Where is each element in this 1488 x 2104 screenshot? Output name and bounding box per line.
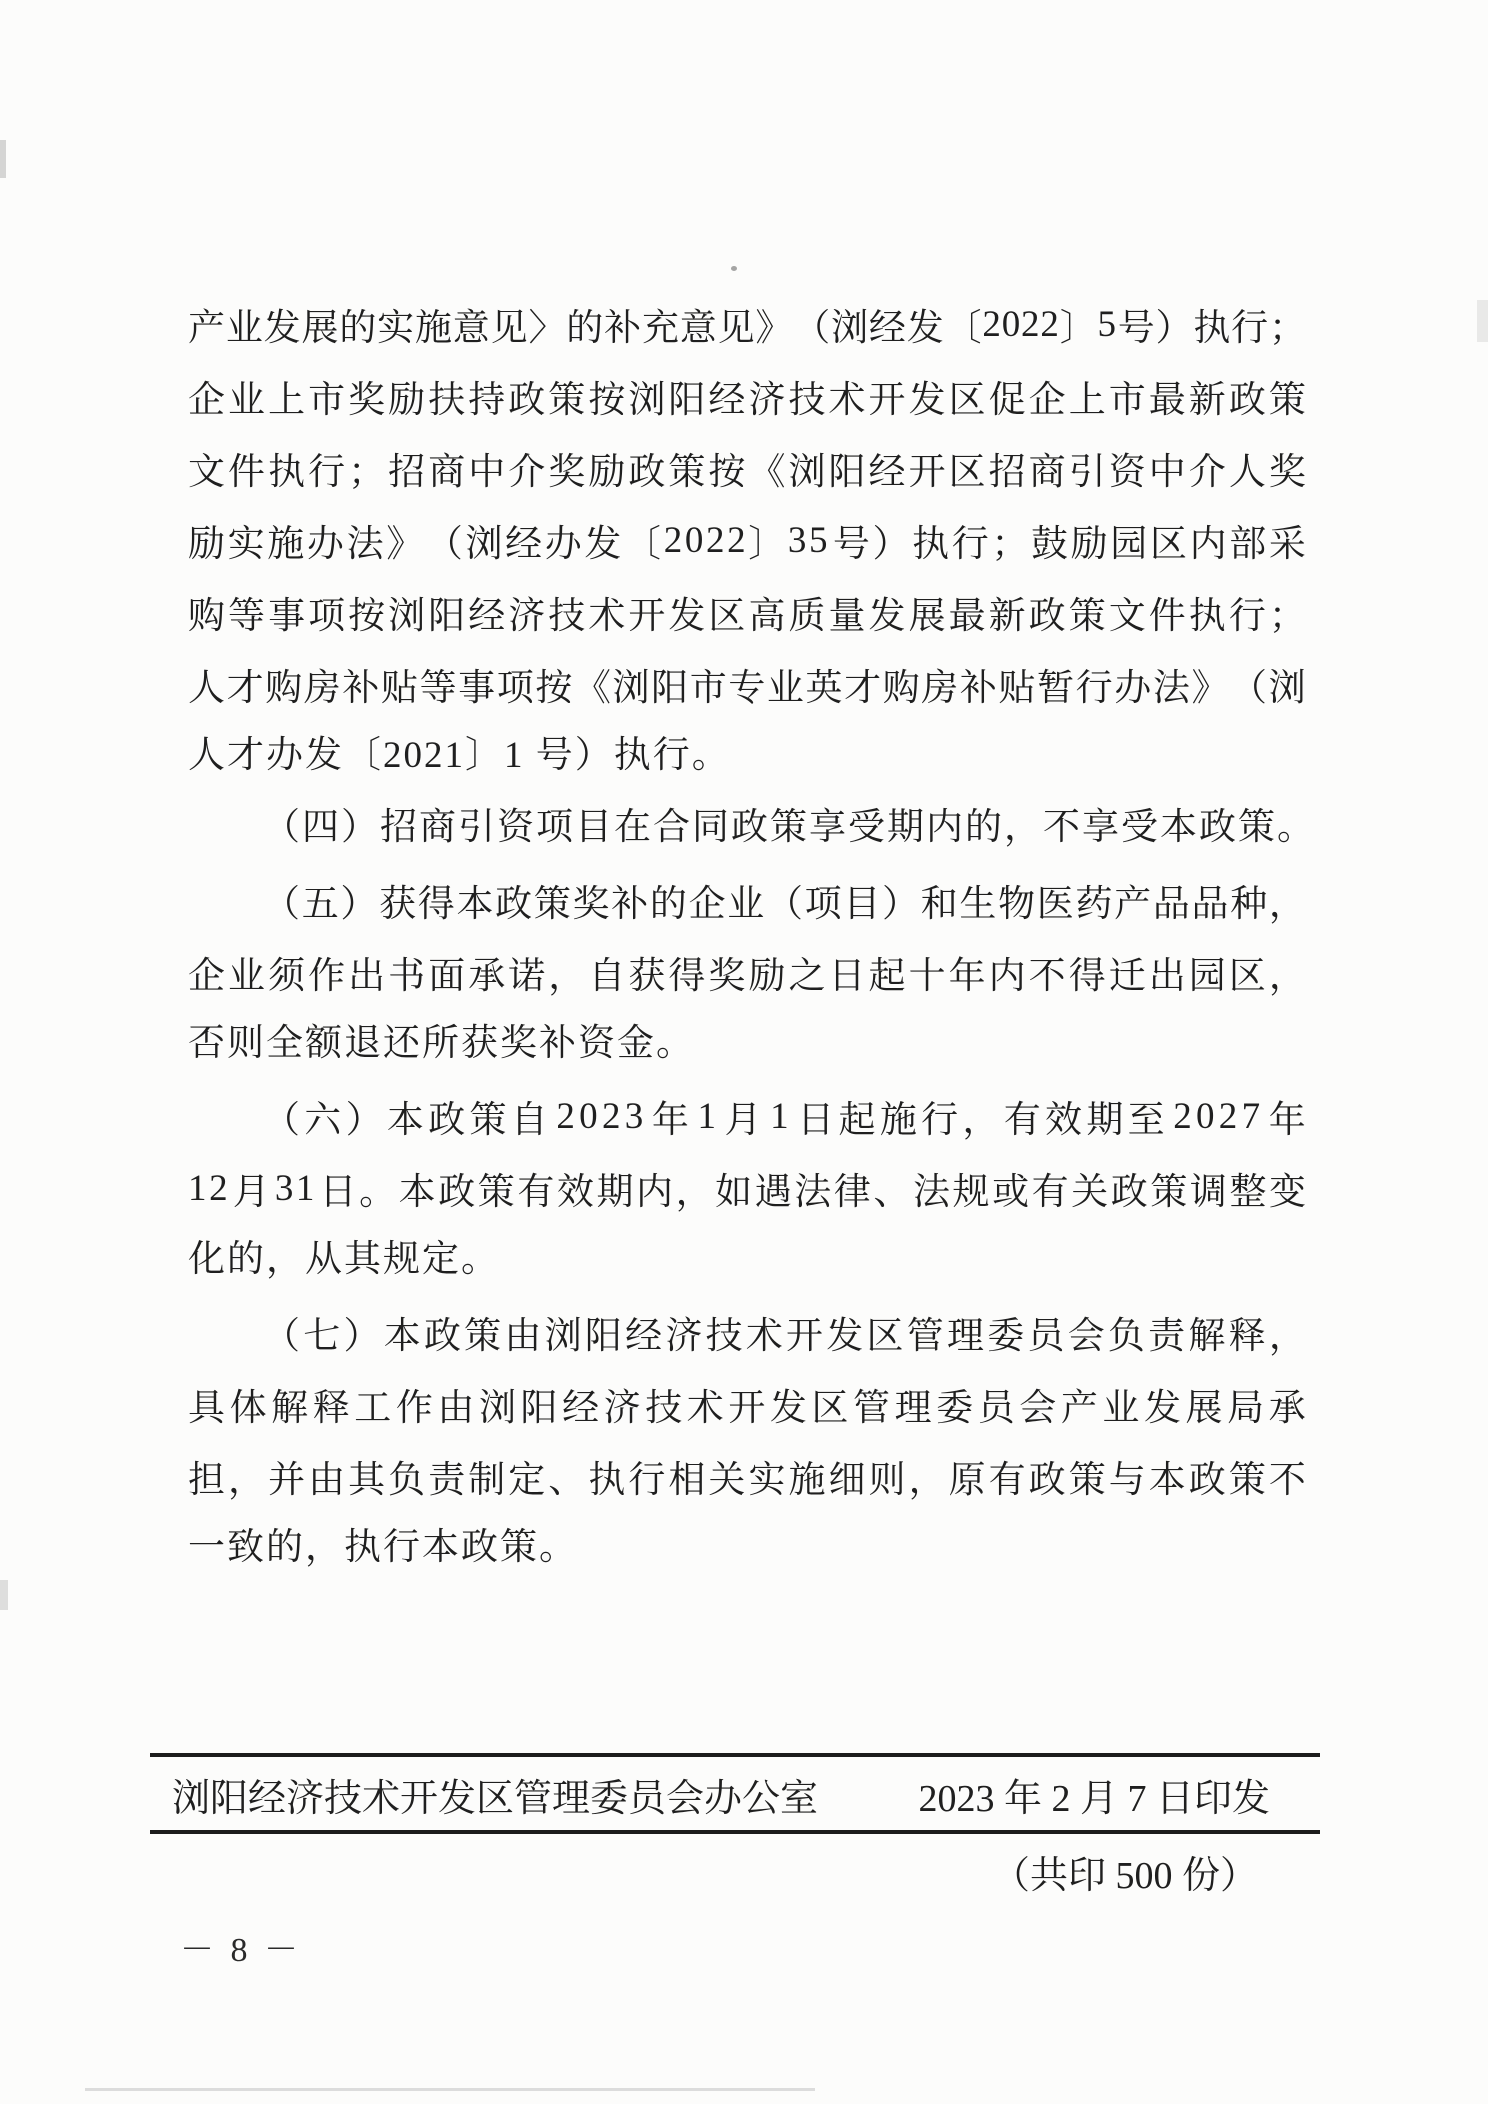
scan-edge-smudge [0, 1580, 8, 1610]
text-line: 企业须作出书面承诺，自获得奖励之日起十年内不得迁出园区， [188, 936, 1306, 1008]
text-line: 化的，从其规定。 [188, 1224, 1306, 1296]
text-line: 担，并由其负责制定、执行相关实施细则，原有政策与本政策不 [188, 1440, 1306, 1512]
text-line: （四）招商引资项目在合同政策享受期内的，不享受本政策。 [188, 792, 1306, 864]
text-line: 12 月 31 日。本政策有效期内，如遇法律、法规或有关政策调整变 [188, 1152, 1306, 1224]
scan-edge-smudge [0, 140, 6, 178]
text-line: 企业上市奖励扶持政策按浏阳经济技术开发区促企上市最新政策 [188, 360, 1306, 432]
colophon: 浏阳经济技术开发区管理委员会办公室 2023 年 2 月 7 日印发 （共印 5… [150, 1753, 1320, 1899]
page-number: － 8 － [180, 1922, 302, 1971]
text-line: 励实施办法》（浏经办发〔2022〕35 号）执行；鼓励园区内部采 [188, 504, 1306, 576]
text-line: （五）获得本政策奖补的企业（项目）和生物医药产品品种， [188, 864, 1306, 936]
text-line: 具体解释工作由浏阳经济技术开发区管理委员会产业发展局承 [188, 1368, 1306, 1440]
text-line: 一致的，执行本政策。 [188, 1512, 1306, 1584]
scan-edge-smudge [1477, 300, 1488, 342]
print-copies: （共印 500 份） [992, 1855, 1258, 1897]
text-line: 否则全额退还所获奖补资金。 [188, 1008, 1306, 1080]
colophon-row: 浏阳经济技术开发区管理委员会办公室 2023 年 2 月 7 日印发 [150, 1757, 1320, 1830]
issuing-office: 浏阳经济技术开发区管理委员会办公室 [172, 1767, 818, 1822]
scan-bottom-line [85, 2088, 815, 2091]
text-line: 人才购房补贴等事项按《浏阳市专业英才购房补贴暂行办法》（浏 [188, 648, 1306, 720]
document-body: 产业发展的实施意见〉的补充意见》（浏经发〔2022〕5 号）执行；企业上市奖励扶… [188, 288, 1306, 1584]
text-line: 产业发展的实施意见〉的补充意见》（浏经发〔2022〕5 号）执行； [188, 288, 1306, 360]
text-line: 人才办发〔2021〕1 号）执行。 [188, 720, 1306, 792]
print-date: 2023 年 2 月 7 日印发 [918, 1767, 1270, 1822]
scan-speck [731, 266, 737, 271]
text-line: （七）本政策由浏阳经济技术开发区管理委员会负责解释， [188, 1296, 1306, 1368]
text-line: 购等事项按浏阳经济技术开发区高质量发展最新政策文件执行； [188, 576, 1306, 648]
text-line: 文件执行；招商中介奖励政策按《浏阳经开区招商引资中介人奖 [188, 432, 1306, 504]
text-line: （六）本政策自 2023 年 1 月 1 日起施行，有效期至 2027 年 [188, 1080, 1306, 1152]
